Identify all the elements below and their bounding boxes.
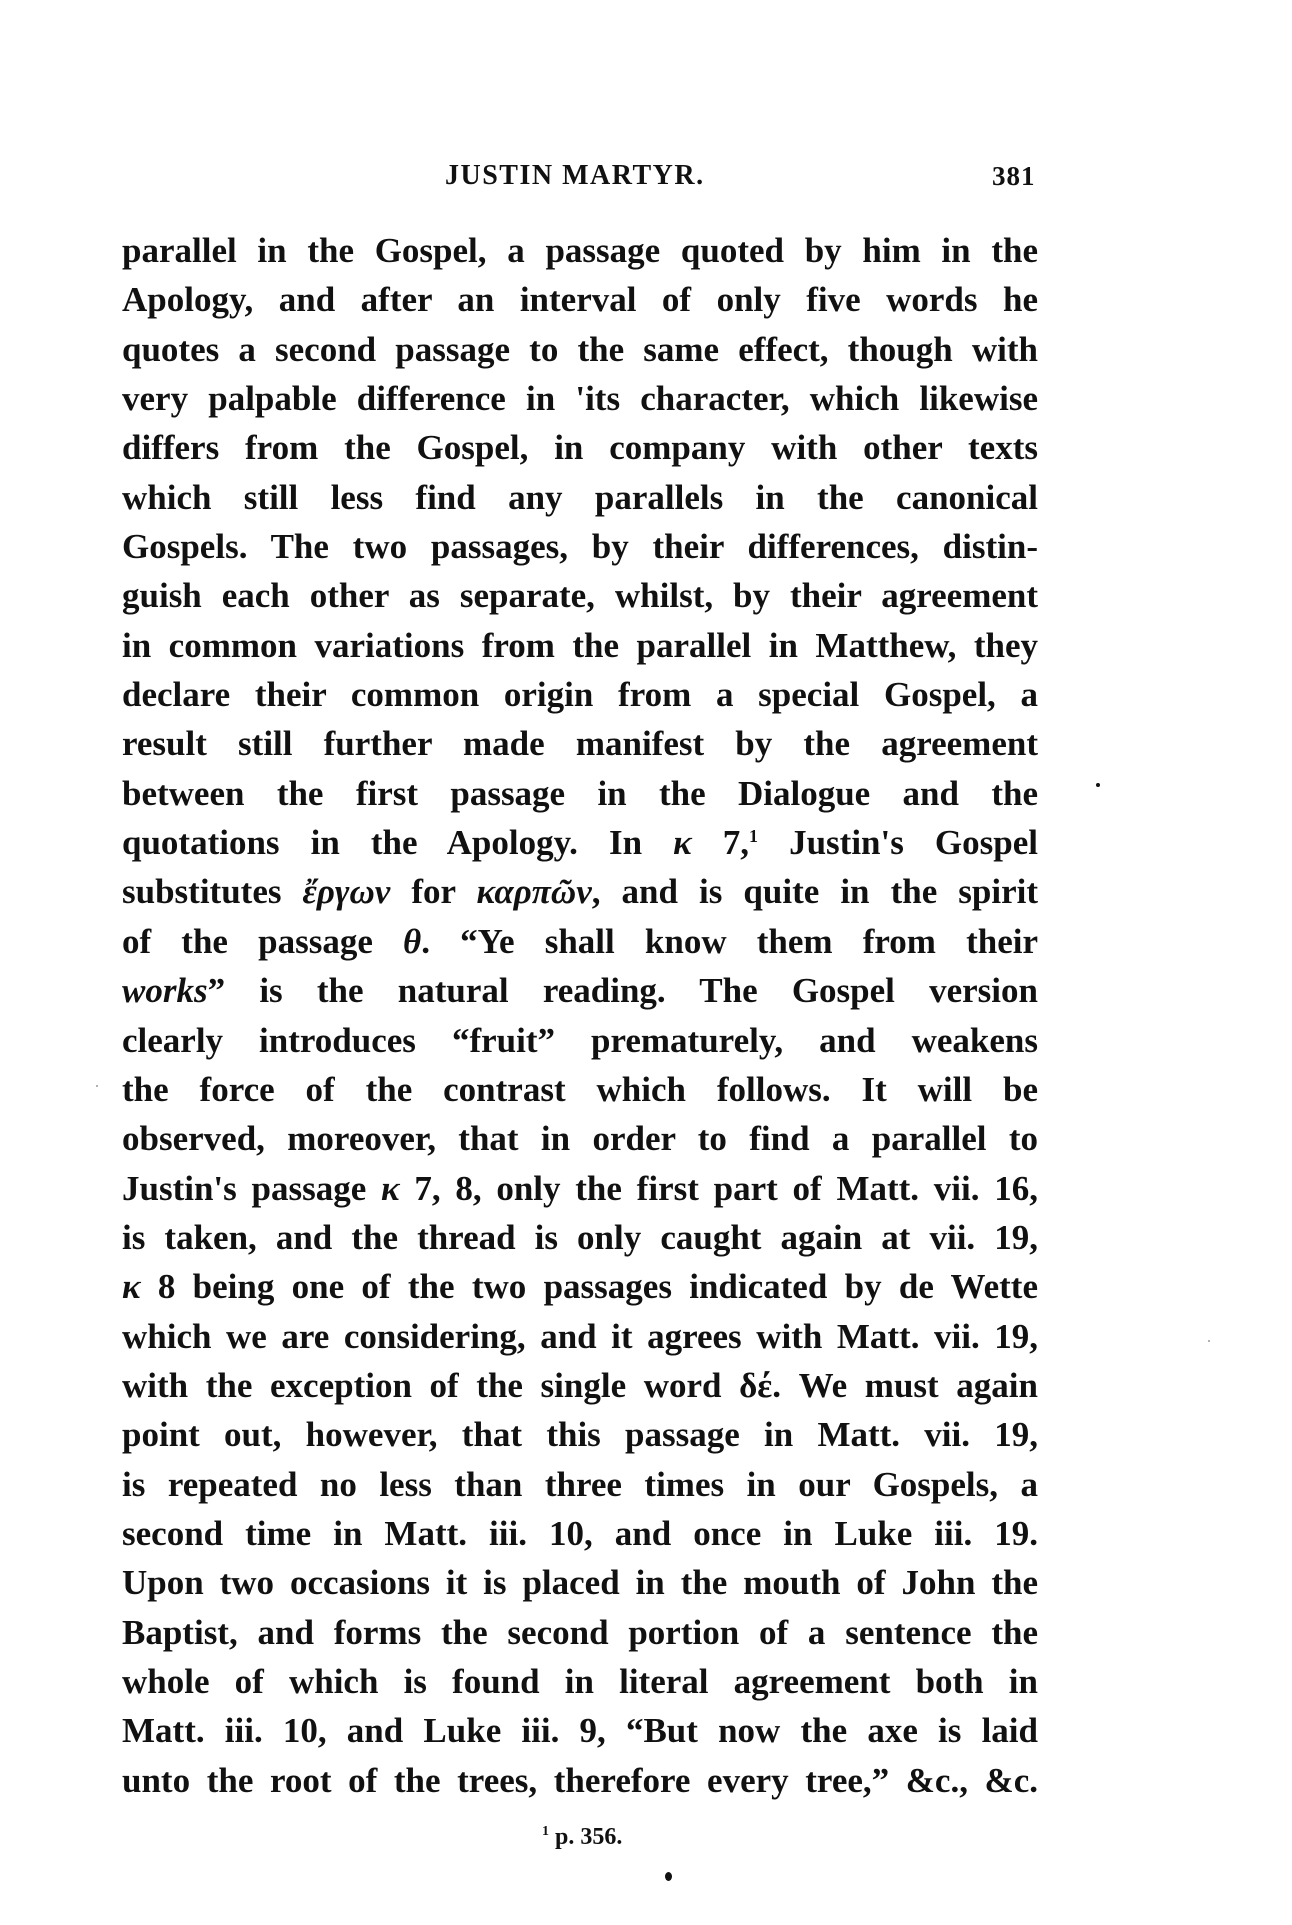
text-run: which still less find any parallels in t… <box>122 478 1038 517</box>
text-run: very palpable difference in 'its charact… <box>122 379 1038 418</box>
text-line-content: declare their common origin from a speci… <box>122 670 1038 719</box>
text-run: result still further made manifest by th… <box>122 724 1038 763</box>
text-run: whole of which is found in literal agree… <box>122 1662 1038 1701</box>
text-line-content: is taken, and the thread is only caught … <box>122 1213 1038 1262</box>
text-run: declare their common origin from a speci… <box>122 675 1038 714</box>
text-line: of the passage θ. “Ye shall know them fr… <box>122 917 1038 966</box>
text-line-content: works” is the natural reading. The Gospe… <box>122 966 1038 1015</box>
text-run: second time in Matt. iii. 10, and once i… <box>122 1514 1038 1553</box>
text-line-content: differs from the Gospel, in company with… <box>122 423 1038 472</box>
italic-text: works <box>122 971 208 1010</box>
text-run: . “Ye shall know them from their <box>421 922 1038 961</box>
text-line-content: guish each other as separate, whilst, by… <box>122 571 1038 620</box>
text-run: Baptist, and forms the second portion of… <box>122 1613 1038 1652</box>
text-line-content: second time in Matt. iii. 10, and once i… <box>122 1509 1038 1558</box>
text-line-content: very palpable difference in 'its charact… <box>122 374 1038 423</box>
text-line-content: whole of which is found in literal agree… <box>122 1657 1038 1706</box>
text-line: point out, however, that this passage in… <box>122 1410 1038 1459</box>
text-run: Apology, and after an interval of only f… <box>122 280 1038 319</box>
text-line: quotations in the Apology. In κ 7,1 Just… <box>122 818 1038 867</box>
text-run: quotations in the Apology. In <box>122 823 673 862</box>
body-text: parallel in the Gospel, a passage quoted… <box>122 226 1038 1805</box>
print-speck <box>1096 783 1100 787</box>
text-run: observed, moreover, that in order to fin… <box>122 1119 1038 1158</box>
text-run: quotes a second passage to the same effe… <box>122 330 1038 369</box>
text-run: differs from the Gospel, in company with… <box>122 428 1038 467</box>
text-line: Justin's passage κ 7, 8, only the first … <box>122 1164 1038 1213</box>
text-line-content: κ 8 being one of the two passages indica… <box>122 1262 1038 1311</box>
footnote-content: 1p. 356. <box>542 1822 622 1852</box>
text-line-content: clearly introduces “fruit” prematurely, … <box>122 1016 1038 1065</box>
text-line-content: which still less find any parallels in t… <box>122 473 1038 522</box>
text-line: quotes a second passage to the same effe… <box>122 325 1038 374</box>
text-line: clearly introduces “fruit” prematurely, … <box>122 1016 1038 1065</box>
text-run: substitutes <box>122 872 303 911</box>
text-line-content: of the passage θ. “Ye shall know them fr… <box>122 917 1038 966</box>
text-run: Justin's passage <box>122 1169 381 1208</box>
text-line: substitutes ἔργων for καρπῶν, and is qui… <box>122 867 1038 916</box>
print-speck <box>1208 1340 1210 1342</box>
text-run: for <box>390 872 476 911</box>
text-line-content: unto the root of the trees, therefore ev… <box>122 1756 1038 1805</box>
text-line-content: is repeated no less than three times in … <box>122 1460 1038 1509</box>
text-line-content: the force of the contrast which follows.… <box>122 1065 1038 1114</box>
text-line-content: point out, however, that this passage in… <box>122 1410 1038 1459</box>
running-head-title: JUSTIN MARTYR. <box>445 160 705 192</box>
text-line: second time in Matt. iii. 10, and once i… <box>122 1509 1038 1558</box>
print-speck <box>665 1872 672 1881</box>
text-run: in common variations from the parallel i… <box>122 626 1038 665</box>
text-line: parallel in the Gospel, a passage quoted… <box>122 226 1038 275</box>
text-line: declare their common origin from a speci… <box>122 670 1038 719</box>
text-run: ” is the natural reading. The Gospel ver… <box>208 971 1038 1010</box>
text-line-content: in common variations from the parallel i… <box>122 621 1038 670</box>
text-line: Matt. iii. 10, and Luke iii. 9, “But now… <box>122 1706 1038 1755</box>
text-run: Upon two occasions it is placed in the m… <box>122 1563 1038 1602</box>
text-line: works” is the natural reading. The Gospe… <box>122 966 1038 1015</box>
footnote-reference: 1 <box>749 826 758 846</box>
text-line: Baptist, and forms the second portion of… <box>122 1608 1038 1657</box>
text-line: guish each other as separate, whilst, by… <box>122 571 1038 620</box>
text-run: of the passage <box>122 922 403 961</box>
text-line: result still further made manifest by th… <box>122 719 1038 768</box>
text-line-content: quotations in the Apology. In κ 7,1 Just… <box>122 818 1038 867</box>
text-line-content: observed, moreover, that in order to fin… <box>122 1114 1038 1163</box>
footnote-text: p. 356. <box>555 1824 622 1850</box>
text-line: the force of the contrast which follows.… <box>122 1065 1038 1114</box>
text-line: Upon two occasions it is placed in the m… <box>122 1558 1038 1607</box>
italic-text: καρπῶν <box>477 872 592 911</box>
text-line-content: Baptist, and forms the second portion of… <box>122 1608 1038 1657</box>
text-run: with the exception of the single word δέ… <box>122 1366 1038 1405</box>
text-line-content: Justin's passage κ 7, 8, only the first … <box>122 1164 1038 1213</box>
text-line-content: quotes a second passage to the same effe… <box>122 325 1038 374</box>
text-line: whole of which is found in literal agree… <box>122 1657 1038 1706</box>
text-run: is repeated no less than three times in … <box>122 1465 1038 1504</box>
italic-text: θ <box>403 922 421 961</box>
italic-text: κ <box>673 823 692 862</box>
footnote-marker: 1 <box>542 1824 549 1839</box>
text-line: which we are considering, and it agrees … <box>122 1312 1038 1361</box>
text-run: the force of the contrast which follows.… <box>122 1070 1038 1109</box>
text-line: is taken, and the thread is only caught … <box>122 1213 1038 1262</box>
print-speck <box>96 1085 98 1087</box>
text-run: Gospels. The two passages, by their diff… <box>122 527 1038 566</box>
text-line-content: Matt. iii. 10, and Luke iii. 9, “But now… <box>122 1706 1038 1755</box>
text-run: clearly introduces “fruit” prematurely, … <box>122 1021 1038 1060</box>
text-run: is taken, and the thread is only caught … <box>122 1218 1038 1257</box>
text-line-content: substitutes ἔργων for καρπῶν, and is qui… <box>122 867 1038 916</box>
text-line: observed, moreover, that in order to fin… <box>122 1114 1038 1163</box>
running-head: JUSTIN MARTYR. 381 <box>0 160 1292 192</box>
text-run: Matt. iii. 10, and Luke iii. 9, “But now… <box>122 1711 1038 1750</box>
text-line: is repeated no less than three times in … <box>122 1460 1038 1509</box>
text-line-content: Apology, and after an interval of only f… <box>122 275 1038 324</box>
text-line: with the exception of the single word δέ… <box>122 1361 1038 1410</box>
text-line-content: Upon two occasions it is placed in the m… <box>122 1558 1038 1607</box>
text-line-content: result still further made manifest by th… <box>122 719 1038 768</box>
page-number: 381 <box>992 160 1036 192</box>
text-run: point out, however, that this passage in… <box>122 1415 1038 1454</box>
text-run: unto the root of the trees, therefore ev… <box>122 1761 1038 1800</box>
italic-text: κ <box>122 1267 141 1306</box>
text-line: in common variations from the parallel i… <box>122 621 1038 670</box>
text-run: guish each other as separate, whilst, by… <box>122 576 1038 615</box>
text-line: Gospels. The two passages, by their diff… <box>122 522 1038 571</box>
text-line-content: which we are considering, and it agrees … <box>122 1312 1038 1361</box>
text-line-content: with the exception of the single word δέ… <box>122 1361 1038 1410</box>
text-run: 7, <box>692 823 749 862</box>
italic-text: κ <box>381 1169 400 1208</box>
text-line: Apology, and after an interval of only f… <box>122 275 1038 324</box>
text-line: which still less find any parallels in t… <box>122 473 1038 522</box>
italic-text: ἔργων <box>303 872 391 911</box>
text-line-content: between the first passage in the Dialogu… <box>122 769 1038 818</box>
text-line: κ 8 being one of the two passages indica… <box>122 1262 1038 1311</box>
text-line-content: parallel in the Gospel, a passage quoted… <box>122 226 1038 275</box>
text-run: parallel in the Gospel, a passage quoted… <box>122 231 1038 270</box>
text-run: between the first passage in the Dialogu… <box>122 774 1038 813</box>
text-line: differs from the Gospel, in company with… <box>122 423 1038 472</box>
text-line: unto the root of the trees, therefore ev… <box>122 1756 1038 1805</box>
text-line-content: Gospels. The two passages, by their diff… <box>122 522 1038 571</box>
text-run: Justin's Gospel <box>758 823 1038 862</box>
text-run: 8 being one of the two passages indicate… <box>141 1267 1038 1306</box>
text-line: between the first passage in the Dialogu… <box>122 769 1038 818</box>
text-run: which we are considering, and it agrees … <box>122 1317 1038 1356</box>
text-run: , and is quite in the spirit <box>592 872 1038 911</box>
text-run: 7, 8, only the first part of Matt. vii. … <box>400 1169 1038 1208</box>
book-page: JUSTIN MARTYR. 381 parallel in the Gospe… <box>0 0 1292 1925</box>
text-line: very palpable difference in 'its charact… <box>122 374 1038 423</box>
